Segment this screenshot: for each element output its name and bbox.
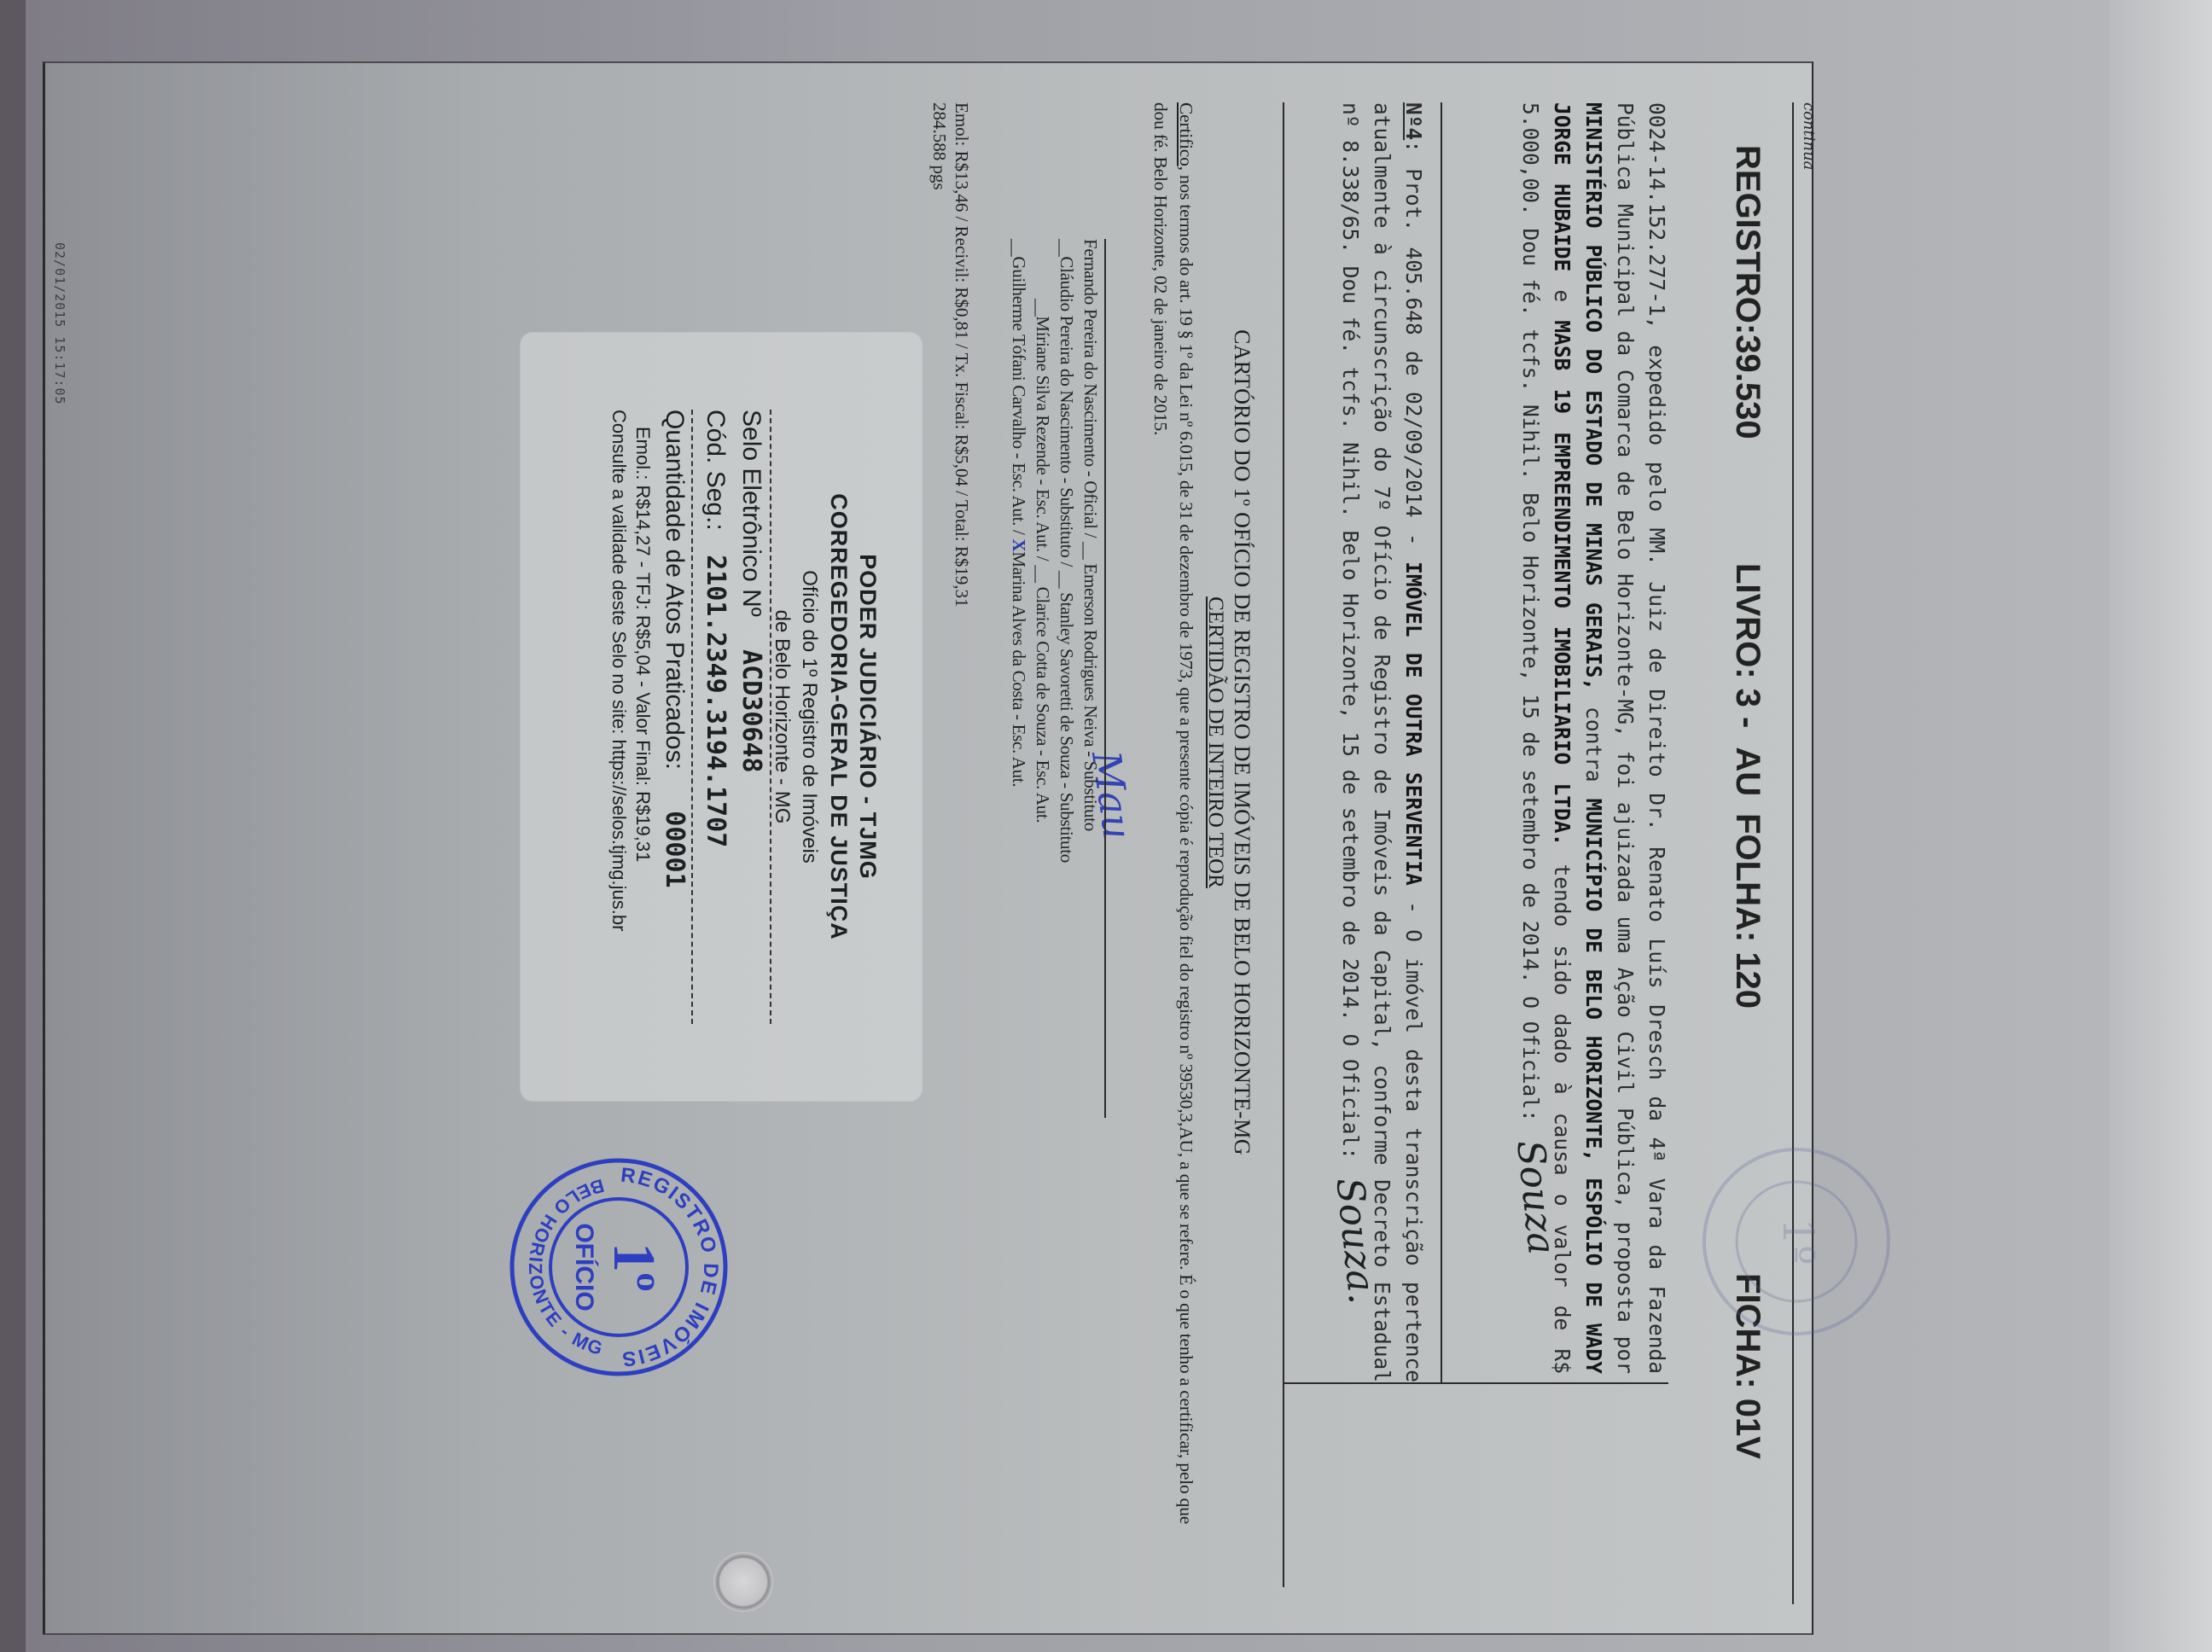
security-code: 2101.2349.3194.1707 xyxy=(701,555,731,847)
annotation-title: IMÓVEL DE OUTRA SERVENTIA xyxy=(1401,561,1426,886)
security-code-label: Cód. Seg.: xyxy=(701,410,730,531)
entry-text: contra xyxy=(1581,690,1606,798)
staff-rule xyxy=(1104,239,1106,1118)
folha-number: FOLHA: 120 xyxy=(1728,813,1767,1009)
entry-party: MINISTÉRIO PÚBLICO DO ESTADO DE MINAS GE… xyxy=(1581,102,1606,690)
seal-validation-url: Consulte a validade deste Selo no site: … xyxy=(608,410,630,1092)
staff-row: Fernando Pereira do Nascimento - Oficial… xyxy=(1079,239,1103,1178)
certificate-title: CERTIDÃO DE INTEIRO TEOR xyxy=(1204,596,1227,888)
registry-stamp-icon: · REGISTRO DE IMÓVEIS · BELO HORIZONTE -… xyxy=(504,1152,734,1382)
seal-number-row: Selo Eletrônico Nº ACD30648 xyxy=(736,410,766,1024)
staff-row: __Míriane Silva Rezende - Esc. Aut. / __… xyxy=(1031,239,1055,1178)
official-signature: Souza xyxy=(1521,1139,1550,1255)
column-rule xyxy=(1283,1382,1668,1384)
entry-text: : Prot. 405.648 de 02/09/2014 - xyxy=(1401,140,1426,561)
annotation-entry-4: Nº4: Prot. 405.648 de 02/09/2014 - IMÓVE… xyxy=(1335,102,1429,1382)
registration-entry-continued: 0024-14.152.277-1, expedido pelo MM. Jui… xyxy=(1515,102,1673,1374)
acts-count-label: Quantidade de Atos Praticados: xyxy=(661,410,689,770)
registry-office-title: CARTÓRIO DO 1º OFÍCIO DE REGISTRO DE IMÓ… xyxy=(1229,102,1254,1382)
rotated-document: continua REGISTRO:39.530 LIVRO: 3 - AU F… xyxy=(26,102,1818,1604)
acts-count: 00001 xyxy=(660,811,690,887)
seal-dashed-rule xyxy=(770,410,771,1024)
header-rule xyxy=(1792,102,1794,1604)
continua-note: continua xyxy=(1800,102,1818,170)
svg-text:1º: 1º xyxy=(1773,1218,1823,1265)
seal-values: Emol.: R$14,27 - TFJ: R$5,04 - Valor Fin… xyxy=(632,427,654,1075)
seal-number-label: Selo Eletrônico Nº xyxy=(737,410,765,617)
seal-number: ACD30648 xyxy=(736,649,766,773)
entry-party: MASB 19 EMPREENDIMENTO IMOBILIARIO LTDA. xyxy=(1550,320,1575,846)
certificate-title-wrap: CERTIDÃO DE INTEIRO TEOR xyxy=(1203,102,1227,1382)
entry-text: 0024-14.152.277-1, expedido pelo MM. Jui… xyxy=(1613,102,1669,1374)
staff-row: __Cláudio Pereira do Nascimento - Substi… xyxy=(1055,239,1079,1178)
faint-stamp-icon: 1º xyxy=(1698,1143,1895,1340)
fees-summary: Emol: R$13,46 / Recivil: R$0,81 / Tx. Fi… xyxy=(928,102,973,1041)
entry-divider xyxy=(1441,102,1442,1382)
entry-text: e xyxy=(1550,271,1575,320)
au-label: AU xyxy=(1728,747,1767,796)
seal-court-name: PODER JUDICIÁRIO - TJMG xyxy=(854,333,881,1101)
seal-city: de Belo Horizonte - MG xyxy=(770,333,794,1101)
acts-count-row: Quantidade de Atos Praticados: 00001 xyxy=(660,410,690,1058)
certification-statement: Certifico, nos termos do art. 19 § 1º da… xyxy=(1148,102,1199,1553)
livro-number: LIVRO: 3 - xyxy=(1728,563,1767,728)
seal-dashed-rule xyxy=(691,410,693,1024)
electronic-seal-sticker: PODER JUDICIÁRIO - TJMG CORREGEDORIA-GER… xyxy=(521,333,922,1101)
pages-line: 284.588 pgs xyxy=(928,102,951,1041)
official-signature: Souza. xyxy=(1340,1177,1370,1305)
staff-row: __Guilherme Tófani Carvalho - Esc. Aut. … xyxy=(1007,239,1031,1178)
section-divider xyxy=(1283,102,1284,1587)
checked-mark: X xyxy=(1009,539,1029,552)
svg-text:1º: 1º xyxy=(601,1242,667,1292)
staff-list: Fernando Pereira do Nascimento - Oficial… xyxy=(1007,239,1103,1178)
annotation-number: Nº4 xyxy=(1401,102,1426,140)
seal-corregedoria: CORREGEDORIA-GERAL DE JUSTIÇA xyxy=(825,333,852,1101)
security-code-row: Cód. Seg.: 2101.2349.3194.1707 xyxy=(701,410,731,1024)
seal-office: Ofício do 1º Registro de Imóveis xyxy=(797,333,821,1101)
svg-text:OFÍCIO: OFÍCIO xyxy=(570,1223,599,1311)
certifico-word: Certifico xyxy=(1176,102,1196,166)
record-header: REGISTRO:39.530 LIVRO: 3 - AU FOLHA: 120… xyxy=(1728,145,1767,1596)
certification-text: , nos termos do art. 19 § 1º da Lei nº 6… xyxy=(1150,102,1196,1524)
page-stack-edge xyxy=(2110,0,2212,1652)
fees-line: Emol: R$13,46 / Recivil: R$0,81 / Tx. Fi… xyxy=(951,102,973,1041)
staff-name: Marina Alves da Costa - Esc. Aut. xyxy=(1009,551,1029,787)
staff-name: __Guilherme Tófani Carvalho - Esc. Aut. … xyxy=(1009,239,1029,539)
registro-number: REGISTRO:39.530 xyxy=(1728,145,1767,469)
